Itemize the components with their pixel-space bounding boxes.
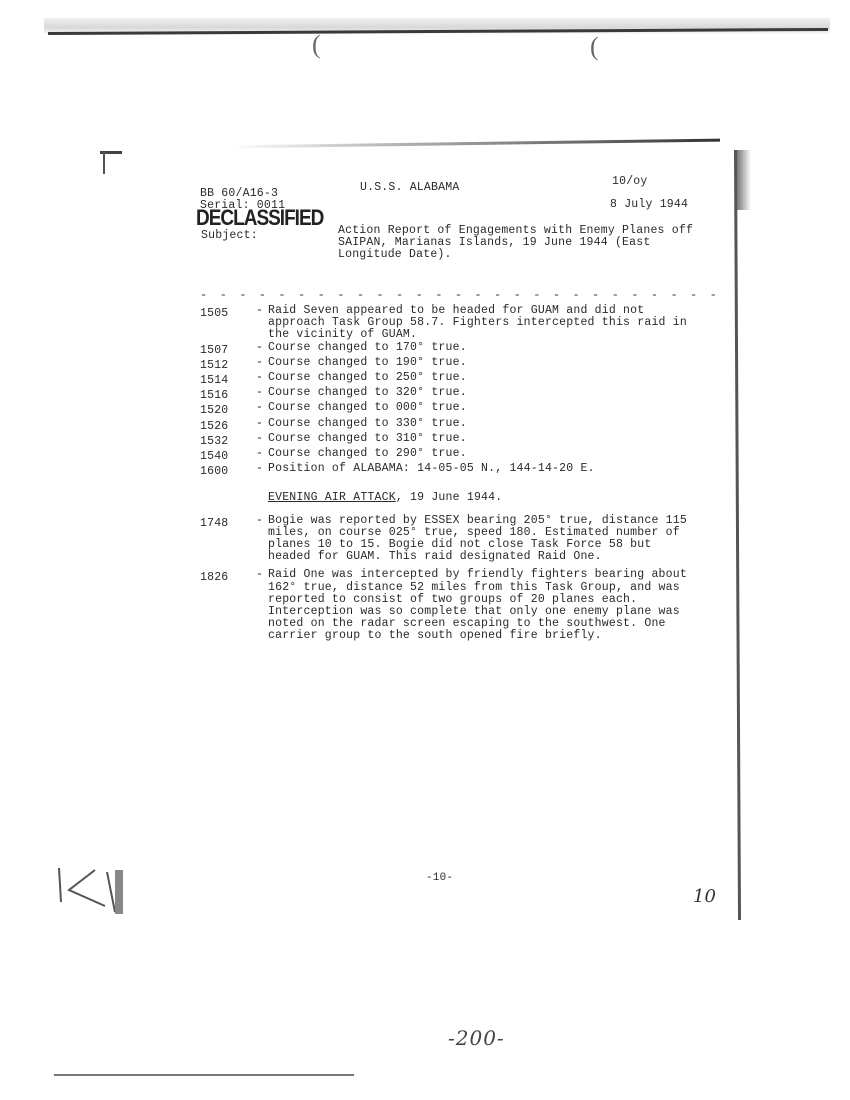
entry-time: 1540 bbox=[200, 448, 256, 463]
section-heading-date: , 19 June 1944. bbox=[396, 491, 503, 504]
entry-dash: - bbox=[256, 402, 268, 417]
entry-text: Position of ALABAMA: 14-05-05 N., 144-14… bbox=[268, 463, 690, 478]
page-corner-mark bbox=[103, 152, 105, 174]
log-entry: 1600-Position of ALABAMA: 14-05-05 N., 1… bbox=[200, 463, 690, 478]
entry-time: 1505 bbox=[200, 305, 256, 342]
entry-time: 1514 bbox=[200, 372, 256, 387]
entry-text: Course changed to 190° true. bbox=[268, 357, 690, 372]
entry-time: 1507 bbox=[200, 342, 256, 357]
entry-text: Raid One was intercepted by friendly fig… bbox=[268, 569, 690, 642]
page-right-edge bbox=[734, 150, 741, 920]
binder-hole-mark: ( bbox=[590, 32, 599, 62]
log-entry: 1532-Course changed to 310° true. bbox=[200, 433, 690, 448]
page-number: -10- bbox=[426, 872, 453, 884]
archive-stamp-mark bbox=[55, 862, 151, 918]
report-date: 8 July 1944 bbox=[610, 199, 688, 211]
entry-time: 1826 bbox=[200, 569, 256, 642]
handwritten-page-number: 10 bbox=[693, 886, 716, 907]
page-top-edge bbox=[230, 139, 720, 149]
evening-entries: 1748-Bogie was reported by ESSEX bearing… bbox=[200, 515, 690, 643]
entry-time: 1532 bbox=[200, 433, 256, 448]
log-entry: 1526-Course changed to 330° true. bbox=[200, 418, 690, 433]
declassified-stamp: DECLASSIFIED bbox=[196, 206, 323, 231]
entry-dash: - bbox=[256, 305, 268, 342]
entry-text: Course changed to 310° true. bbox=[268, 433, 690, 448]
page-edge-shadow bbox=[737, 150, 751, 210]
entry-dash: - bbox=[256, 448, 268, 463]
log-entry: 1516-Course changed to 320° true. bbox=[200, 387, 690, 402]
entry-dash: - bbox=[256, 515, 268, 564]
subject-text: Action Report of Engagements with Enemy … bbox=[338, 225, 698, 262]
binder-hole-mark: ( bbox=[312, 30, 321, 60]
handwritten-archive-number: -200- bbox=[448, 1026, 505, 1050]
entry-dash: - bbox=[256, 463, 268, 478]
log-entry: 1507-Course changed to 170° true. bbox=[200, 342, 690, 357]
routing-code: 10/oy bbox=[612, 176, 648, 188]
entry-dash: - bbox=[256, 569, 268, 642]
log-entries: 1505-Raid Seven appeared to be headed fo… bbox=[200, 305, 690, 643]
entry-time: 1600 bbox=[200, 463, 256, 478]
entry-dash: - bbox=[256, 372, 268, 387]
entry-time: 1748 bbox=[200, 515, 256, 564]
entry-text: Course changed to 250° true. bbox=[268, 372, 690, 387]
entry-text: Course changed to 170° true. bbox=[268, 342, 690, 357]
entry-text: Bogie was reported by ESSEX bearing 205°… bbox=[268, 515, 690, 564]
log-entry: 1520-Course changed to 000° true. bbox=[200, 402, 690, 417]
entry-text: Course changed to 330° true. bbox=[268, 418, 690, 433]
entry-text: Course changed to 320° true. bbox=[268, 387, 690, 402]
scan-bottom-edge bbox=[54, 1074, 354, 1076]
entry-dash: - bbox=[256, 342, 268, 357]
entry-text: Course changed to 000° true. bbox=[268, 402, 690, 417]
section-heading: EVENING AIR ATTACK, 19 June 1944. bbox=[268, 492, 690, 504]
separator: - - - - - - - - - - - - - - - - - - - - … bbox=[200, 288, 719, 302]
entry-time: 1516 bbox=[200, 387, 256, 402]
log-entry: 1514-Course changed to 250° true. bbox=[200, 372, 690, 387]
log-entry: 1748-Bogie was reported by ESSEX bearing… bbox=[200, 515, 690, 564]
entry-text: Raid Seven appeared to be headed for GUA… bbox=[268, 305, 690, 342]
log-entry: 1540-Course changed to 290° true. bbox=[200, 448, 690, 463]
entry-time: 1520 bbox=[200, 402, 256, 417]
log-entry: 1512-Course changed to 190° true. bbox=[200, 357, 690, 372]
entry-time: 1512 bbox=[200, 357, 256, 372]
entry-dash: - bbox=[256, 418, 268, 433]
subject-label: Subject: bbox=[201, 230, 258, 242]
ship-name: U.S.S. ALABAMA bbox=[360, 182, 459, 194]
log-entry: 1826-Raid One was intercepted by friendl… bbox=[200, 569, 690, 642]
log-entry: 1505-Raid Seven appeared to be headed fo… bbox=[200, 305, 690, 342]
entry-dash: - bbox=[256, 433, 268, 448]
entry-dash: - bbox=[256, 357, 268, 372]
entry-text: Course changed to 290° true. bbox=[268, 448, 690, 463]
entry-time: 1526 bbox=[200, 418, 256, 433]
afternoon-entries: 1505-Raid Seven appeared to be headed fo… bbox=[200, 305, 690, 478]
entry-dash: - bbox=[256, 387, 268, 402]
section-heading-title: EVENING AIR ATTACK bbox=[268, 491, 396, 504]
